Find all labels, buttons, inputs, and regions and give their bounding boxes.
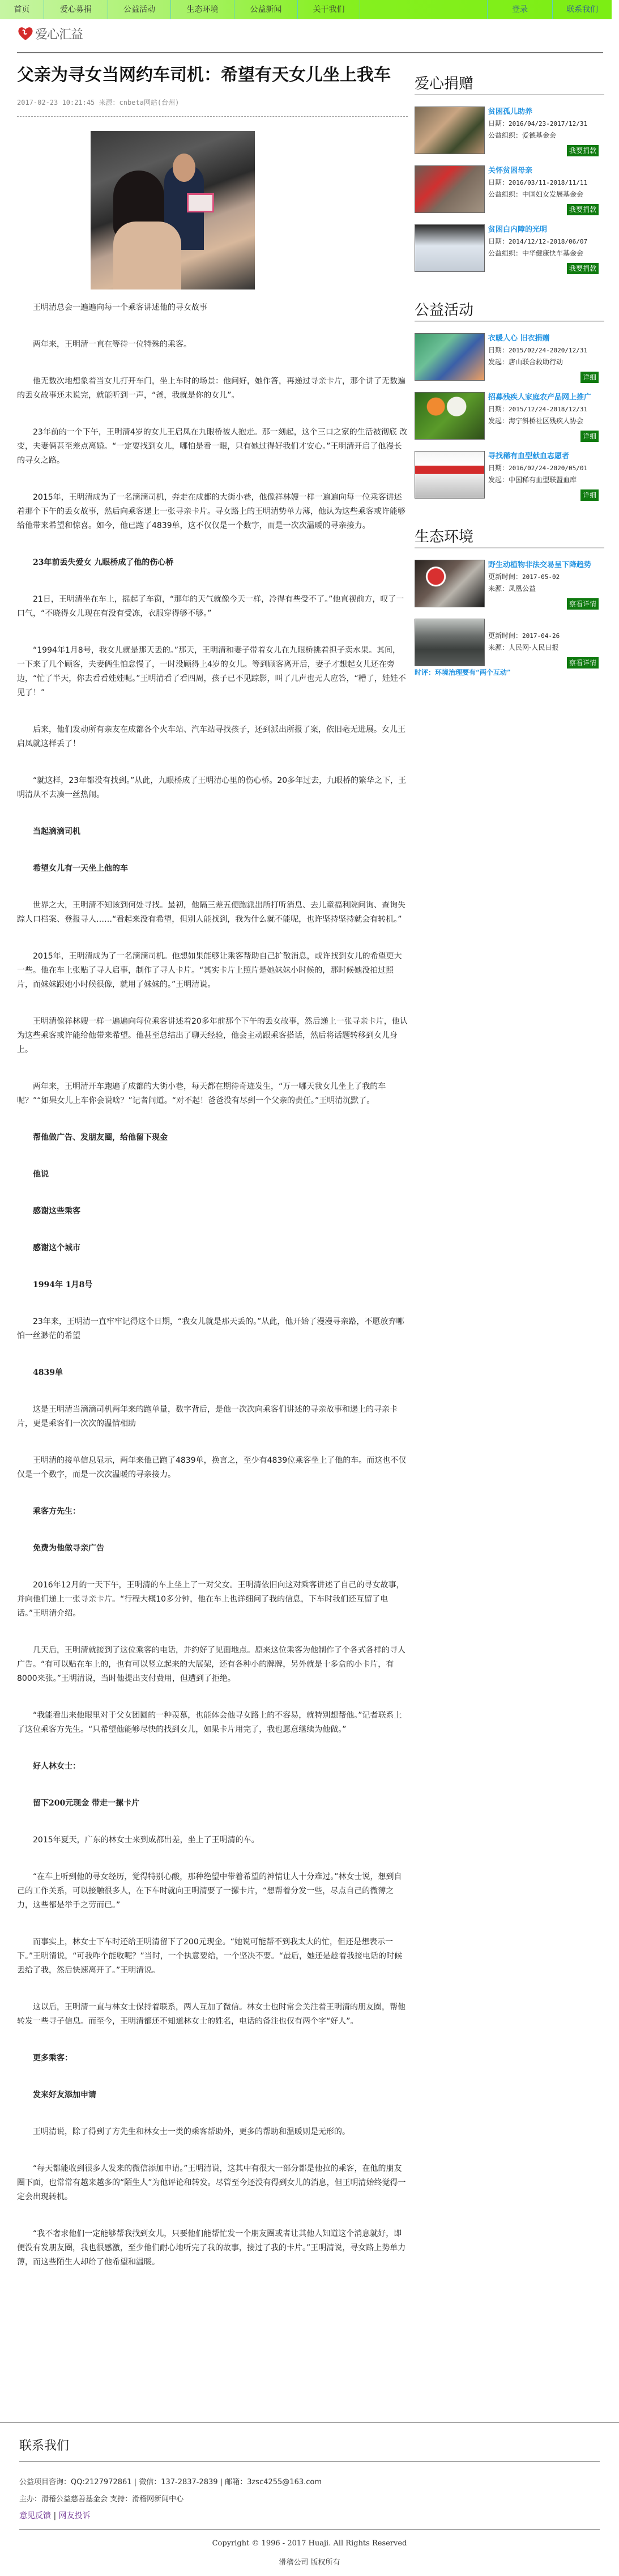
- card-date-value: 2014/12/12-2018/06/07: [509, 238, 587, 245]
- article-body: 王明清总会一遍遍向每一个乘客讲述他的寻女故事两年来，王明清一直在等待一位特殊的乘…: [17, 301, 408, 2270]
- card-org-label: 发起：: [488, 358, 509, 366]
- search-notice-card: [187, 193, 214, 212]
- card-action-button[interactable]: 察看详情: [567, 598, 599, 610]
- nav-donation[interactable]: 爱心募捐: [44, 0, 108, 19]
- card-title-link[interactable]: 时评：环境治理要有“两个互动”: [415, 667, 511, 677]
- article-paragraph: “在车上听到他的寻女经历，觉得特别心酸，那种绝望中带着希望的神情让人十分难过。”…: [17, 1870, 408, 1913]
- footer-divider: [0, 2422, 619, 2423]
- sidebar-heading-donation: 爱心捐赠: [415, 73, 604, 95]
- card-info: 招募残疾人家庭农产品网上推广日期：2015/12/24-2018/12/31发起…: [488, 392, 604, 427]
- nav-activities[interactable]: 公益活动: [108, 0, 171, 19]
- contact-title: 联系我们: [19, 2436, 69, 2454]
- heart-logo-icon: [17, 25, 34, 42]
- card-thumbnail[interactable]: [415, 224, 485, 272]
- card-title-link[interactable]: 野生动植物非法交易呈下降趋势: [488, 560, 604, 571]
- meta-divider: [17, 116, 408, 117]
- sidebar-card: 关怀贫困母亲日期：2016/03/11-2018/11/11公益组织：中国妇女发…: [415, 165, 604, 224]
- card-date-label: 日期：: [488, 464, 509, 472]
- article-subheading: 发来好友添加申请: [17, 2088, 408, 2102]
- card-title-link[interactable]: 招募残疾人家庭农产品网上推广: [488, 392, 604, 403]
- card-date-value: 2016/04/23-2017/12/31: [509, 120, 587, 127]
- article-meta: 2017-02-23 10:21:45 来源：cnbeta网站(台州): [17, 97, 408, 107]
- nav-contact[interactable]: 联系我们: [552, 0, 612, 19]
- sidebar-heading-activities: 公益活动: [415, 299, 604, 322]
- article-paragraph: 王明清的接单信息显示，两年来他已跑了4839单，换言之，至少有4839位乘客坐上…: [17, 1454, 408, 1482]
- nav-environment[interactable]: 生态环境: [171, 0, 234, 19]
- top-nav-bar: 首页 爱心募捐 公益活动 生态环境 公益新闻 关于我们 登录 联系我们: [0, 0, 612, 19]
- article-paragraph: “每天都能收到很多人发来的微信添加申请。”王明清说，这其中有很大一部分都是他拉的…: [17, 2162, 408, 2204]
- contact-divider: [19, 2461, 600, 2462]
- card-title-link[interactable]: 贫困白内障的光明: [488, 224, 604, 236]
- article-subheading: 更多乘客：: [17, 2051, 408, 2066]
- nav-left: 首页 爱心募捐 公益活动 生态环境 公益新闻 关于我们: [0, 0, 360, 19]
- card-date-value: 2017-04-26: [522, 632, 560, 640]
- article-paragraph: 23年前的一个下午，王明清4岁的女儿王启凤在九眼桥被人抱走。那一刻起，这个三口之…: [17, 425, 408, 468]
- sidebar-card: 贫困孤儿助养日期：2016/04/23-2017/12/31公益组织：爱德基金会…: [415, 107, 604, 165]
- link-separator: |: [53, 2511, 56, 2520]
- card-info: 衣暖人心 旧衣捐赠日期：2015/02/24-2020/12/31发起：唐山联合…: [488, 333, 604, 368]
- article-subheading: 免费为他做寻亲广告: [17, 1542, 408, 1556]
- card-org-value: 爱德基金会: [522, 131, 556, 139]
- article-paragraph: 他无数次地想象着当女儿打开车门，坐上车时的场景：他问好，她作答，再递过寻亲卡片，…: [17, 374, 408, 403]
- article-paragraph: 王明清总会一遍遍向每一个乘客讲述他的寻女故事: [17, 301, 408, 315]
- card-info: 更新时间：2017-04-26来源：人民网-人民日报: [488, 630, 604, 653]
- article: 父亲为寻女当网约车司机：希望有天女儿坐上我车 2017-02-23 10:21:…: [17, 57, 408, 2292]
- card-org-value: 中国稀有血型联盟血库: [509, 476, 577, 484]
- sidebar: 爱心捐赠贫困孤儿助养日期：2016/04/23-2017/12/31公益组织：爱…: [415, 57, 604, 678]
- card-title-link[interactable]: 贫困孤儿助养: [488, 107, 604, 118]
- article-paragraph: “我能看出来他眼里对于父女团圆的一种羡慕，也能体会他寻女路上的不容易，就特别想帮…: [17, 1709, 408, 1737]
- card-date-value: 2016/03/11-2018/11/11: [509, 179, 587, 186]
- article-paragraph: 王明清说，除了得到了方先生和林女士一类的乘客帮助外，更多的帮助和温暖则是无形的。: [17, 2125, 408, 2139]
- card-date-label: 更新时间：: [488, 632, 522, 640]
- card-date-label: 日期：: [488, 120, 509, 127]
- article-paragraph: “就这样，23年都没有找到。”从此，九眼桥成了王明清心里的伤心桥。20多年过去，…: [17, 774, 408, 802]
- article-paragraph: 2015年夏天，广东的林女士来到成都出差，坐上了王明清的车。: [17, 1833, 408, 1847]
- card-action-button[interactable]: 我要捐款: [567, 145, 599, 156]
- article-paragraph: “我不奢求他们一定能够帮我找到女儿，只要他们能帮忙发一个朋友圈或者让其他人知道这…: [17, 2227, 408, 2270]
- card-org-label: 公益组织：: [488, 249, 522, 257]
- card-info: 贫困孤儿助养日期：2016/04/23-2017/12/31公益组织：爱德基金会: [488, 107, 604, 141]
- card-thumbnail[interactable]: [415, 333, 485, 381]
- card-org-value: 中国妇女发展基金会: [522, 190, 583, 198]
- article-paragraph: 王明清像祥林嫂一样一遍遍向每位乘客讲述着20多年前那个下午的丢女故事，然后递上一…: [17, 1015, 408, 1057]
- article-subheading: 感谢这个城市: [17, 1241, 408, 1255]
- feedback-link[interactable]: 意见反馈: [19, 2511, 51, 2520]
- article-paragraph: 23年来，王明清一直牢牢记得这个日期，“我女儿就是那天丢的。”从此，他开始了漫漫…: [17, 1315, 408, 1343]
- header-divider: [17, 52, 603, 53]
- article-paragraph: 几天后，王明清就接到了这位乘客的电话，并约好了见面地点。原来这位乘客为他制作了个…: [17, 1643, 408, 1686]
- card-org-label: 来源：: [488, 644, 509, 652]
- logo-text: 爱心汇益: [35, 25, 83, 42]
- nav-news[interactable]: 公益新闻: [234, 0, 298, 19]
- card-thumbnail[interactable]: [415, 392, 485, 440]
- card-date-label: 日期：: [488, 178, 509, 186]
- sidebar-heading-environment: 生态环境: [415, 526, 604, 548]
- sidebar-card: 寻找稀有血型献血志愿者日期：2016/02/24-2020/05/01发起：中国…: [415, 451, 604, 510]
- nav-about[interactable]: 关于我们: [298, 0, 360, 19]
- article-subheading: 留下200元现金 带走一摞卡片: [17, 1796, 408, 1811]
- card-action-button[interactable]: 察看详情: [567, 657, 599, 669]
- card-org-value: 凤凰公益: [509, 585, 536, 593]
- article-subheading: 帮他做广告、发朋友圈，给他留下现金: [17, 1131, 408, 1145]
- card-org-label: 发起：: [488, 417, 509, 425]
- rights-reserved: 滑稽公司 版权所有: [0, 2556, 619, 2567]
- article-paragraph: 2015年，王明清成为了一名滴滴司机，奔走在成都的大街小巷，他像祥林嫂一样一遍遍…: [17, 491, 408, 533]
- sidebar-card: 更新时间：2017-04-26来源：人民网-人民日报时评：环境治理要有“两个互动…: [415, 619, 604, 678]
- site-logo[interactable]: 爱心汇益: [17, 24, 83, 43]
- card-date-label: 日期：: [488, 405, 509, 413]
- card-action-button[interactable]: 详细: [580, 431, 599, 442]
- card-title-link[interactable]: 寻找稀有血型献血志愿者: [488, 451, 604, 462]
- card-date-value: 2015/12/24-2018/12/31: [509, 406, 587, 413]
- card-action-button[interactable]: 我要捐款: [567, 263, 599, 274]
- article-paragraph: 后来，他们发动所有亲友在成都各个火车站、汽车站寻找孩子，还到派出所报了案，依旧毫…: [17, 723, 408, 751]
- article-title: 父亲为寻女当网约车司机：希望有天女儿坐上我车: [17, 62, 408, 88]
- copyright: Copyright © 1996 - 2017 Huaji. All Right…: [0, 2539, 619, 2548]
- sidebar-card: 野生动植物非法交易呈下降趋势更新时间：2017-05-02来源：凤凰公益察看详情: [415, 560, 604, 619]
- article-paragraph: 2016年12月的一天下午，王明清的车上坐上了一对父女。王明清依旧向这对乘客讲述…: [17, 1578, 408, 1621]
- complaint-link[interactable]: 网友投诉: [59, 2511, 91, 2520]
- contact-consult: 公益项目咨询：QQ:2127972861 | 微信：137-2837-2839 …: [19, 2476, 322, 2486]
- article-subheading: 乘客方先生：: [17, 1505, 408, 1519]
- article-subheading: 他说: [17, 1168, 408, 1182]
- card-org-label: 公益组织：: [488, 131, 522, 139]
- copyright-divider: [19, 2529, 600, 2530]
- card-title-link[interactable]: 关怀贫困母亲: [488, 165, 604, 177]
- article-subheading: 感谢这些乘客: [17, 1204, 408, 1219]
- article-paragraph: 世界之大，王明清不知该到何处寻找。最初，他隔三差五便跑派出所打听消息、去儿童福利…: [17, 899, 408, 927]
- article-paragraph: 这是王明清当滴滴司机两年来的跑单量，数字背后，是他一次次向乘客们讲述的寻亲故事和…: [17, 1403, 408, 1431]
- card-info: 寻找稀有血型献血志愿者日期：2016/02/24-2020/05/01发起：中国…: [488, 451, 604, 486]
- card-org-value: 唐山联合救助行动: [509, 358, 563, 366]
- card-thumbnail[interactable]: [415, 560, 485, 607]
- card-action-button[interactable]: 详细: [580, 489, 599, 501]
- card-thumbnail[interactable]: [415, 619, 485, 666]
- article-paragraph: 两年来，王明清开车跑遍了成都的大街小巷，每天都在期待奇迹发生，“万一哪天我女儿坐…: [17, 1080, 408, 1108]
- card-info: 关怀贫困母亲日期：2016/03/11-2018/11/11公益组织：中国妇女发…: [488, 165, 604, 200]
- card-org-label: 发起：: [488, 476, 509, 484]
- card-info: 野生动植物非法交易呈下降趋势更新时间：2017-05-02来源：凤凰公益: [488, 560, 604, 594]
- nav-login[interactable]: 登录: [487, 0, 552, 19]
- sidebar-card: 招募残疾人家庭农产品网上推广日期：2015/12/24-2018/12/31发起…: [415, 392, 604, 451]
- nav-right: 登录 联系我们: [487, 0, 612, 19]
- footer-links: 意见反馈 | 网友投诉: [19, 2510, 91, 2521]
- card-info: 贫困白内障的光明日期：2014/12/12-2018/06/07公益组织：中华健…: [488, 224, 604, 259]
- card-org-value: 人民网-人民日报: [509, 644, 558, 652]
- article-paragraph: 21日，王明清坐在车上，摇起了车窗，“那年的天气就像今天一样，冷得有些受不了。”…: [17, 593, 408, 621]
- card-date-label: 更新时间：: [488, 573, 522, 581]
- card-title-link[interactable]: 衣暖人心 旧衣捐赠: [488, 333, 604, 344]
- article-subheading: 4839单: [17, 1366, 408, 1380]
- card-org-label: 公益组织：: [488, 190, 522, 198]
- card-org-label: 来源：: [488, 585, 509, 593]
- sidebar-card: 贫困白内障的光明日期：2014/12/12-2018/06/07公益组织：中华健…: [415, 224, 604, 283]
- article-subheading: 1994年 1月8号: [17, 1278, 408, 1292]
- card-date-label: 日期：: [488, 346, 509, 354]
- card-date-value: 2016/02/24-2020/05/01: [509, 465, 587, 472]
- article-paragraph: 2015年，王明清成为了一名滴滴司机。他想如果能够让乘客帮助自己扩散消息，或许找…: [17, 949, 408, 992]
- article-subheading: 当起滴滴司机: [17, 825, 408, 839]
- card-action-button[interactable]: 详细: [580, 372, 599, 383]
- card-org-value: 中华健康快车基金会: [522, 249, 583, 257]
- card-thumbnail[interactable]: [415, 451, 485, 499]
- article-paragraph: 而事实上，林女士下车时还给王明清留下了200元现金。“她说可能帮不到我太大的忙，…: [17, 1935, 408, 1978]
- card-thumbnail[interactable]: [415, 107, 485, 154]
- card-thumbnail[interactable]: [415, 165, 485, 213]
- article-photo: [91, 131, 255, 289]
- article-subheading: 希望女儿有一天坐上他的车: [17, 862, 408, 876]
- nav-home[interactable]: 首页: [0, 0, 44, 19]
- card-date-label: 日期：: [488, 237, 509, 245]
- article-paragraph: 两年来，王明清一直在等待一位特殊的乘客。: [17, 338, 408, 352]
- card-date-value: 2015/02/24-2020/12/31: [509, 347, 587, 354]
- card-action-button[interactable]: 我要捐款: [567, 204, 599, 215]
- article-subheading: 好人林女士：: [17, 1760, 408, 1774]
- sidebar-card: 衣暖人心 旧衣捐赠日期：2015/02/24-2020/12/31发起：唐山联合…: [415, 333, 604, 392]
- card-org-value: 海宁斜桥社区残疾人协会: [509, 417, 583, 425]
- article-paragraph: 这以后，王明清一直与林女士保持着联系，两人互加了微信。林女士也时常会关注着王明清…: [17, 2000, 408, 2029]
- article-paragraph: “1994年1月8号，我女儿就是那天丢的。”那天，王明清和妻子带着女儿在九眼桥挑…: [17, 644, 408, 700]
- article-subheading: 23年前丢失爱女 九眼桥成了他的伤心桥: [17, 556, 408, 570]
- card-date-value: 2017-05-02: [522, 573, 560, 581]
- contact-host: 主办：滑稽公益慈善基金会 支持：滑稽网新闻中心: [19, 2493, 183, 2503]
